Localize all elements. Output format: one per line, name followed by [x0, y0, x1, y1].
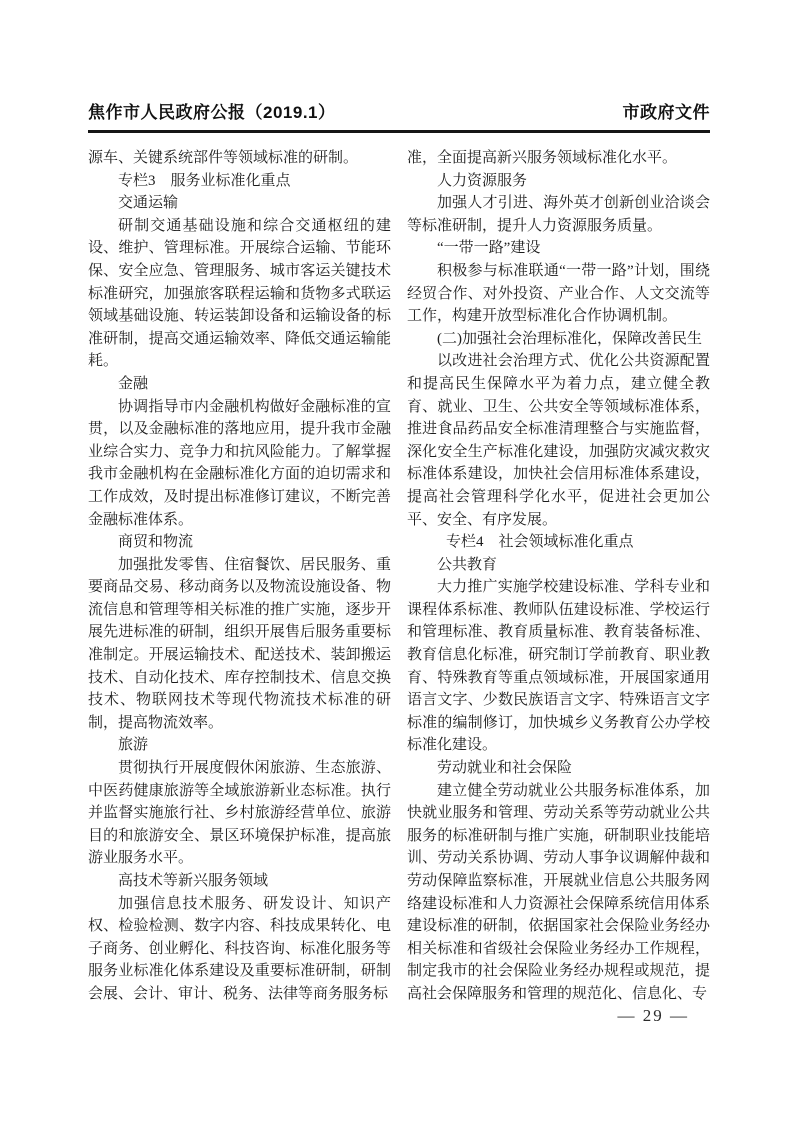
- paragraph-commerce-logistics: 加强批发零售、住宿餐饮、居民服务、重要商品交易、移动商务以及物流设施设备、物流信…: [88, 554, 391, 735]
- body-columns: 源车、关键系统部件等领域标准的研制。 专栏3 服务业标准化重点 交通运输 研制交…: [88, 147, 710, 1006]
- paragraph-continuation: 准，全面提高新兴服务领域标准化水平。: [407, 147, 710, 170]
- subheading-hightech-services: 高技术等新兴服务领域: [88, 870, 391, 893]
- subheading-public-education: 公共教育: [407, 554, 710, 577]
- subheading-commerce-logistics: 商贸和物流: [88, 531, 391, 554]
- paragraph-transport: 研制交通基础设施和综合交通枢纽的建设、维护、管理标准。开展综合运输、节能环保、安…: [88, 215, 391, 373]
- page-header: 焦作市人民政府公报（2019.1） 市政府文件: [88, 103, 710, 133]
- paragraph-continuation: 源车、关键系统部件等领域标准的研制。: [88, 147, 391, 170]
- paragraph-public-education: 大力推广实施学校建设标准、学科专业和课程体系标准、教师队伍建设标准、学校运行和管…: [407, 576, 710, 757]
- paragraph-hightech-services: 加强信息技术服务、研发设计、知识产权、检验检测、数字内容、科技成果转化、电子商务…: [88, 893, 391, 1006]
- paragraph-employment-social-insurance: 建立健全劳动就业公共服务标准体系，加快就业服务和管理、劳动关系等劳动就业公共服务…: [407, 780, 710, 1006]
- paragraph-belt-and-road: 积极参与标准联通“一带一路”计划，围绕经贸合作、对外投资、产业合作、人文交流等工…: [407, 260, 710, 328]
- subheading-finance: 金融: [88, 373, 391, 396]
- box-title-column4: 专栏4 社会领域标准化重点: [407, 531, 710, 554]
- subheading-employment-social-insurance: 劳动就业和社会保险: [407, 757, 710, 780]
- column-left: 源车、关键系统部件等领域标准的研制。 专栏3 服务业标准化重点 交通运输 研制交…: [88, 147, 391, 1006]
- paragraph-social-governance: 以改进社会治理方式、优化公共资源配置和提高民生保障水平为着力点，建立健全教育、就…: [407, 350, 710, 531]
- page-number: — 29 —: [618, 1006, 690, 1026]
- doc-type-label: 市政府文件: [623, 103, 711, 123]
- subheading-belt-and-road: “一带一路”建设: [407, 237, 710, 260]
- gazette-page: 焦作市人民政府公报（2019.1） 市政府文件 源车、关键系统部件等领域标准的研…: [0, 0, 793, 1122]
- section-heading-social-governance: (二)加强社会治理标准化，保障改善民生: [407, 328, 710, 351]
- gazette-title: 焦作市人民政府公报（2019.1）: [88, 103, 336, 123]
- box-title-column3: 专栏3 服务业标准化重点: [88, 170, 391, 193]
- subheading-transport: 交通运输: [88, 192, 391, 215]
- subheading-tourism: 旅游: [88, 734, 391, 757]
- subheading-human-resources: 人力资源服务: [407, 170, 710, 193]
- paragraph-tourism: 贯彻执行开展度假休闲旅游、生态旅游、中医药健康旅游等全域旅游新业态标准。执行并监…: [88, 757, 391, 870]
- column-right: 准，全面提高新兴服务领域标准化水平。 人力资源服务 加强人才引进、海外英才创新创…: [407, 147, 710, 1006]
- paragraph-finance: 协调指导市内金融机构做好金融标准的宣贯，以及金融标准的落地应用，提升我市金融业综…: [88, 396, 391, 532]
- paragraph-human-resources: 加强人才引进、海外英才创新创业洽谈会等标准研制，提升人力资源服务质量。: [407, 192, 710, 237]
